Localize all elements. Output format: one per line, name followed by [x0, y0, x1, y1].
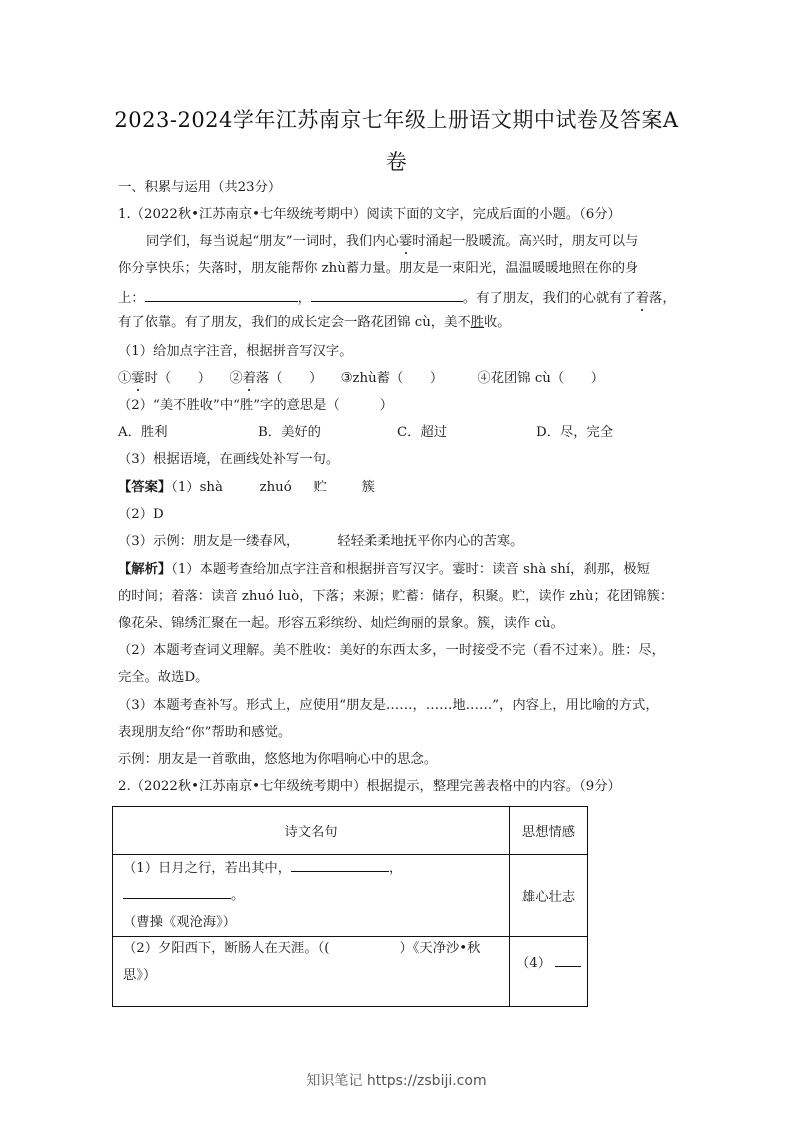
dotted-char: 着	[243, 371, 256, 386]
sub-question-1: （1）给加点字注音，根据拼音写汉字。	[118, 343, 353, 361]
verse-fragment: ，	[389, 861, 402, 876]
verse-fragment: （1）日月之行，若出其中，	[123, 861, 291, 876]
verse-source: （曹操《观沧海》）	[123, 915, 236, 930]
answer-prefix: （1）	[171, 480, 199, 495]
item-number: ①	[118, 371, 131, 386]
passage-text: ，	[298, 291, 311, 306]
dotted-char: 着	[636, 291, 649, 306]
analysis-line-4: （2）本题考查词义理解。美不胜收：美好的东西太多，一时接受不完（看不过来）。胜：…	[118, 642, 665, 660]
sub-question-3: （3）根据语境，在画线处补写一句。	[118, 451, 339, 469]
fill-blank-table-4[interactable]	[555, 952, 581, 967]
pinyin-items: ①霎时（ ） ②着落（ ） ③zhù蓄（ ） ④花团锦 cù（ ）	[118, 370, 604, 388]
dotted-char: 霎	[131, 371, 144, 386]
passage-line-1: 同学们，每当说起“朋友”一词时，我们内心霎时涌起一股暖流。高兴时，朋友可以与	[146, 233, 638, 251]
passage-text: 有了依靠。有了朋友，我们的成长定会一路花团锦 cù，美不	[118, 315, 471, 330]
underlined-char: 胜	[471, 315, 484, 330]
answer-line-2: （2）D	[118, 506, 164, 524]
fill-blank-table-2[interactable]	[123, 884, 231, 899]
analysis-line-2: 的时间；着落：读音 zhuó luò，下落；来源；贮蓄：储存，积聚。贮，读作 z…	[118, 588, 673, 606]
analysis-label: 【解析】	[118, 562, 171, 577]
verse-source: 思》）	[123, 968, 156, 983]
answer-text: 轻轻柔柔地抚平你内心的苦寒。	[337, 534, 523, 549]
verse-text: （1）日月之行，若出其中，，。（曹操《观沧海》）	[113, 855, 509, 936]
watermark: 知识笔记 https://zsbiji.com	[0, 1070, 793, 1090]
verse-fragment: 。	[231, 888, 244, 903]
verse-cell: （2）夕阳西下，断肠人在天涯。（(）《天净沙•秋思》）	[113, 937, 510, 1007]
analysis-line-3: 像花朵、锦绣汇聚在一起。形容五彩缤纷、灿烂绚丽的景象。簇，读作 cù。	[118, 615, 564, 633]
answer-line-1: 【答案】（1）shàzhuó贮簇	[118, 479, 375, 497]
item-text: 时（ ）	[145, 371, 211, 386]
fill-blank-1[interactable]	[145, 287, 298, 302]
answer-item: shà	[200, 479, 260, 497]
answer-item: 贮	[314, 479, 362, 497]
item-2: ②着落（ ）	[229, 371, 322, 386]
verse-cell: （1）日月之行，若出其中，，。（曹操《观沧海》）	[113, 855, 510, 937]
answer-item: 簇	[362, 480, 375, 495]
passage-line-3: 上：，。有了朋友，我们的心就有了着落，	[118, 287, 676, 308]
answer-line-3: （3）示例：朋友是一缕春风，轻轻柔柔地抚平你内心的苦寒。	[118, 533, 523, 551]
exam-page: 2023-2024学年江苏南京七年级上册语文期中试卷及答案A 卷 一、积累与运用…	[0, 0, 793, 1122]
emotion-text: （4）	[510, 952, 587, 971]
fill-blank-table-1[interactable]	[291, 857, 389, 872]
emotion-cell: 雄心壮志	[510, 855, 588, 937]
document-title-continued: 卷	[100, 146, 693, 176]
passage-line-2: 你分享快乐；失落时，朋友能帮你 zhù蓄力量。朋友是一束阳光，温温暖暖地照在你的…	[118, 260, 638, 278]
table-row: （2）夕阳西下，断肠人在天涯。（(）《天净沙•秋思》） （4）	[113, 937, 588, 1007]
dotted-char: 霎	[399, 234, 412, 249]
analysis-line-5: 完全。故选D。	[118, 669, 208, 687]
header-verse: 诗文名句	[113, 807, 510, 855]
passage-text: 上：	[118, 291, 145, 306]
fill-blank-2[interactable]	[311, 287, 463, 302]
option-c[interactable]: C．超过	[397, 424, 536, 442]
passage-text: 落，	[649, 291, 676, 306]
item-4: ④花团锦 cù（ ）	[477, 371, 604, 386]
passage-line-4: 有了依靠。有了朋友，我们的成长定会一路花团锦 cù，美不胜收。	[118, 314, 511, 332]
answer-text: （3）示例：朋友是一缕春风，	[118, 534, 299, 549]
answer-label: 【答案】	[118, 480, 171, 495]
item-number: ②	[229, 371, 242, 386]
question-1-stem: 1.（2022秋•江苏南京•七年级统考期中）阅读下面的文字，完成后面的小题。（6…	[118, 206, 621, 224]
verse-fragment: （2）夕阳西下，断肠人在天涯。（(	[123, 941, 329, 956]
passage-text: 。有了朋友，我们的心就有了	[463, 291, 636, 306]
table-header-row: 诗文名句 思想情感	[113, 807, 588, 855]
passage-text: 收。	[484, 315, 511, 330]
verse-text: （2）夕阳西下，断肠人在天涯。（(）《天净沙•秋思》）	[113, 935, 509, 989]
item-3: ③zhù蓄（ ）	[341, 371, 444, 386]
emotion-label: （4）	[516, 956, 551, 971]
emotion-cell: （4）	[510, 937, 588, 1007]
options-row: A．胜利B．美好的C．超过D．尽，完全	[118, 424, 613, 442]
verse-fragment: ）《天净沙•秋	[399, 941, 480, 956]
sub-question-2: （2）“美不胜收”中“胜”字的意思是（ ）	[118, 397, 393, 415]
option-d[interactable]: D．尽，完全	[536, 425, 613, 440]
option-a[interactable]: A．胜利	[118, 424, 258, 442]
table-row: （1）日月之行，若出其中，，。（曹操《观沧海》） 雄心壮志	[113, 855, 588, 937]
section-heading: 一、积累与运用（共23分）	[118, 179, 281, 197]
passage-text: 同学们，每当说起“朋友”一词时，我们内心	[146, 234, 399, 249]
analysis-line-6: （3）本题考查补写。形式上，应使用“朋友是……，……地……”，内容上，用比喻的方…	[118, 697, 659, 715]
analysis-example: 示例：朋友是一首歌曲，悠悠地为你唱响心中的思念。	[118, 751, 437, 769]
option-b[interactable]: B．美好的	[258, 424, 397, 442]
poem-table: 诗文名句 思想情感 （1）日月之行，若出其中，，。（曹操《观沧海》） 雄心壮志 …	[112, 806, 588, 1007]
analysis-line-1: 【解析】（1）本题考查给加点字注音和根据拼音写汉字。霎时：读音 shà shí，…	[118, 561, 650, 579]
item-text: 落（ ）	[256, 371, 322, 386]
analysis-line-7: 表现朋友给“你”帮助和感觉。	[118, 724, 291, 742]
header-emotion: 思想情感	[510, 807, 588, 855]
analysis-text: （1）本题考查给加点字注音和根据拼音写汉字。霎时：读音 shà shí，刹那，极…	[171, 562, 650, 577]
item-1: ①霎时（ ）	[118, 371, 211, 386]
answer-item: zhuó	[260, 479, 314, 497]
question-2-stem: 2.（2022秋•江苏南京•七年级统考期中）根据提示，整理完善表格中的内容。（9…	[118, 778, 621, 796]
passage-text: 时涌起一股暖流。高兴时，朋友可以与	[412, 234, 638, 249]
document-title: 2023-2024学年江苏南京七年级上册语文期中试卷及答案A	[100, 104, 693, 134]
